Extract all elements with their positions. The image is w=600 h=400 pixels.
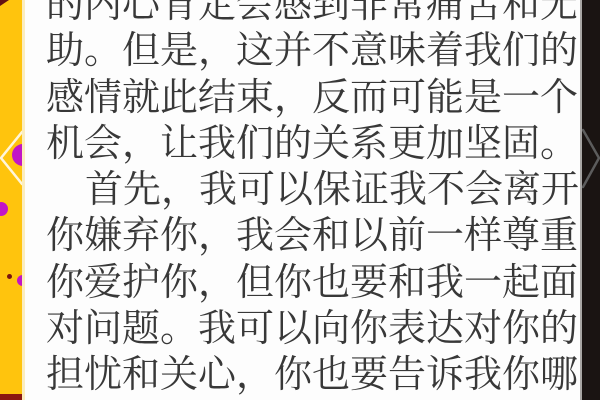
page-text: 的内心肯定会感到非常痛苦和无 助。但是，这并不意味着我们的 感情就此结束，反而可…	[46, 0, 580, 398]
previous-slide-edge[interactable]	[0, 0, 25, 400]
text-line-paragraph-start: 首先，我可以保证我不会离开	[46, 166, 580, 212]
text-line: 助。但是，这并不意味着我们的	[46, 27, 580, 73]
next-slide-edge[interactable]	[580, 0, 600, 400]
text-line: 担忧和关心，你也要告诉我你哪	[46, 351, 580, 397]
chevron-right-icon[interactable]	[582, 0, 600, 400]
text-line: 你嫌弃你，我会和以前一样尊重	[46, 212, 580, 258]
text-line: 对问题。我可以向你表达对你的	[46, 305, 580, 351]
text-line: 的内心肯定会感到非常痛苦和无	[46, 0, 580, 27]
text-line: 机会，让我们的关系更加坚固。	[46, 120, 580, 166]
image-carousel-viewer: 的内心肯定会感到非常痛苦和无 助。但是，这并不意味着我们的 感情就此结束，反而可…	[0, 0, 600, 400]
text-line: 感情就此结束，反而可能是一个	[46, 74, 580, 120]
text-line: 你爱护你，但你也要和我一起面	[46, 259, 580, 305]
text-page-slide: 的内心肯定会感到非常痛苦和无 助。但是，这并不意味着我们的 感情就此结束，反而可…	[25, 0, 580, 400]
chevron-left-icon[interactable]	[0, 0, 25, 400]
